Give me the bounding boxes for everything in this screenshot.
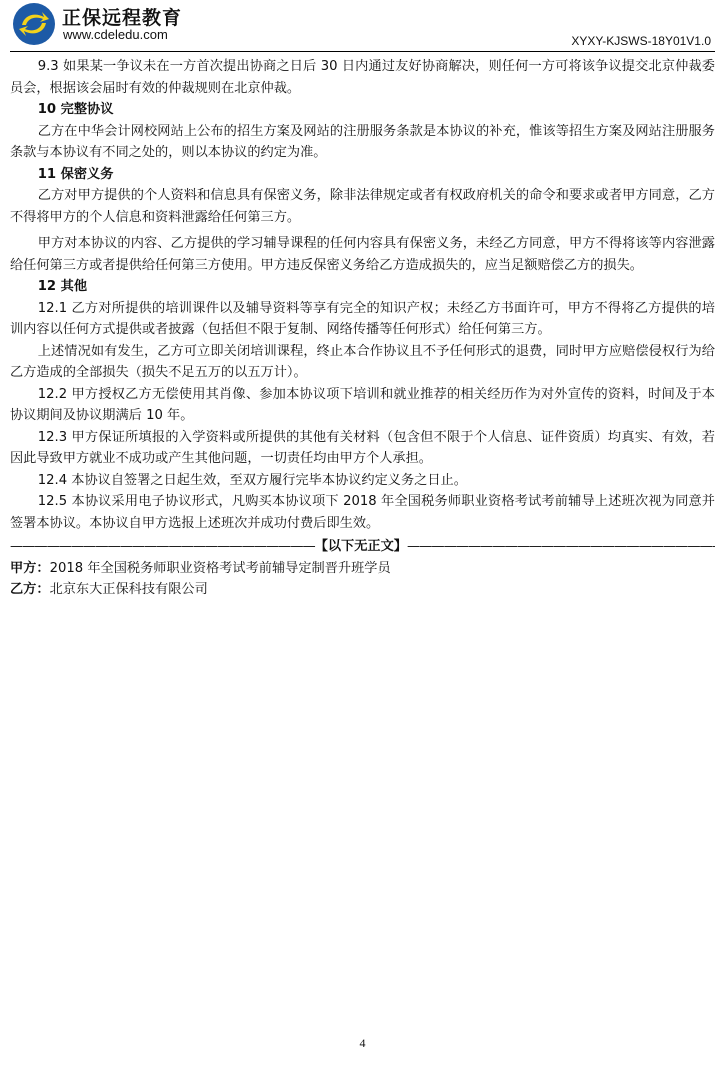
clause-12-1: 12.1 乙方对所提供的培训课件以及辅导资料等享有完全的知识产权；未经乙方书面许… bbox=[10, 298, 715, 341]
divider-dash-right: ———————————————————————————— bbox=[407, 539, 715, 554]
clause-11-a: 乙方对甲方提供的个人资料和信息具有保密义务，除非法律规定或者有权政府机关的命令和… bbox=[10, 185, 715, 228]
end-of-text-divider: —————————————————————————【以下无正文】————————… bbox=[10, 536, 715, 558]
section-heading-12: 12 其他 bbox=[10, 276, 715, 298]
clause-12-4: 12.4 本协议自签署之日起生效，至双方履行完毕本协议约定义务之日止。 bbox=[10, 470, 715, 492]
page-header: 正保远程教育 www.cdeledu.com XYXY-KJSWS-18Y01V… bbox=[0, 0, 725, 52]
document-code: XYXY-KJSWS-18Y01V1.0 bbox=[571, 34, 711, 48]
party-b-label: 乙方： bbox=[10, 582, 50, 597]
clause-11-b: 甲方对本协议的内容、乙方提供的学习辅导课程的任何内容具有保密义务，未经乙方同意，… bbox=[10, 233, 715, 276]
party-a: 甲方：2018 年全国税务师职业资格考试考前辅导定制晋升班学员 bbox=[10, 558, 715, 580]
clause-12-5: 12.5 本协议采用电子协议形式，凡购买本协议项下 2018 年全国税务师职业资… bbox=[10, 491, 715, 534]
party-a-label: 甲方： bbox=[10, 561, 50, 576]
end-of-text-label: 【以下无正文】 bbox=[315, 539, 407, 554]
brand-url: www.cdeledu.com bbox=[63, 27, 168, 42]
header-divider bbox=[10, 51, 715, 52]
divider-dash-left: ————————————————————————— bbox=[10, 539, 315, 554]
page-number: 4 bbox=[0, 1036, 725, 1051]
party-a-value: 2018 年全国税务师职业资格考试考前辅导定制晋升班学员 bbox=[50, 561, 391, 576]
clause-12-3: 12.3 甲方保证所填报的入学资料或所提供的其他有关材料（包含但不限于个人信息、… bbox=[10, 427, 715, 470]
clause-12-1-b: 上述情况如有发生，乙方可立即关闭培训课程，终止本合作协议且不予任何形式的退费，同… bbox=[10, 341, 715, 384]
logo-icon bbox=[13, 3, 55, 45]
clause-10: 乙方在中华会计网校网站上公布的招生方案及网站的注册服务条款是本协议的补充，惟该等… bbox=[10, 121, 715, 164]
clause-12-2: 12.2 甲方授权乙方无偿使用其肖像、参加本协议项下培训和就业推荐的相关经历作为… bbox=[10, 384, 715, 427]
document-body: 9.3 如果某一争议未在一方首次提出协商之日后 30 日内通过友好协商解决，则任… bbox=[10, 56, 715, 601]
clause-9-3: 9.3 如果某一争议未在一方首次提出协商之日后 30 日内通过友好协商解决，则任… bbox=[10, 56, 715, 99]
brand-name: 正保远程教育 bbox=[62, 3, 182, 30]
party-b: 乙方：北京东大正保科技有限公司 bbox=[10, 579, 715, 601]
section-heading-10: 10 完整协议 bbox=[10, 99, 715, 121]
section-heading-11: 11 保密义务 bbox=[10, 164, 715, 186]
party-b-value: 北京东大正保科技有限公司 bbox=[50, 582, 208, 597]
